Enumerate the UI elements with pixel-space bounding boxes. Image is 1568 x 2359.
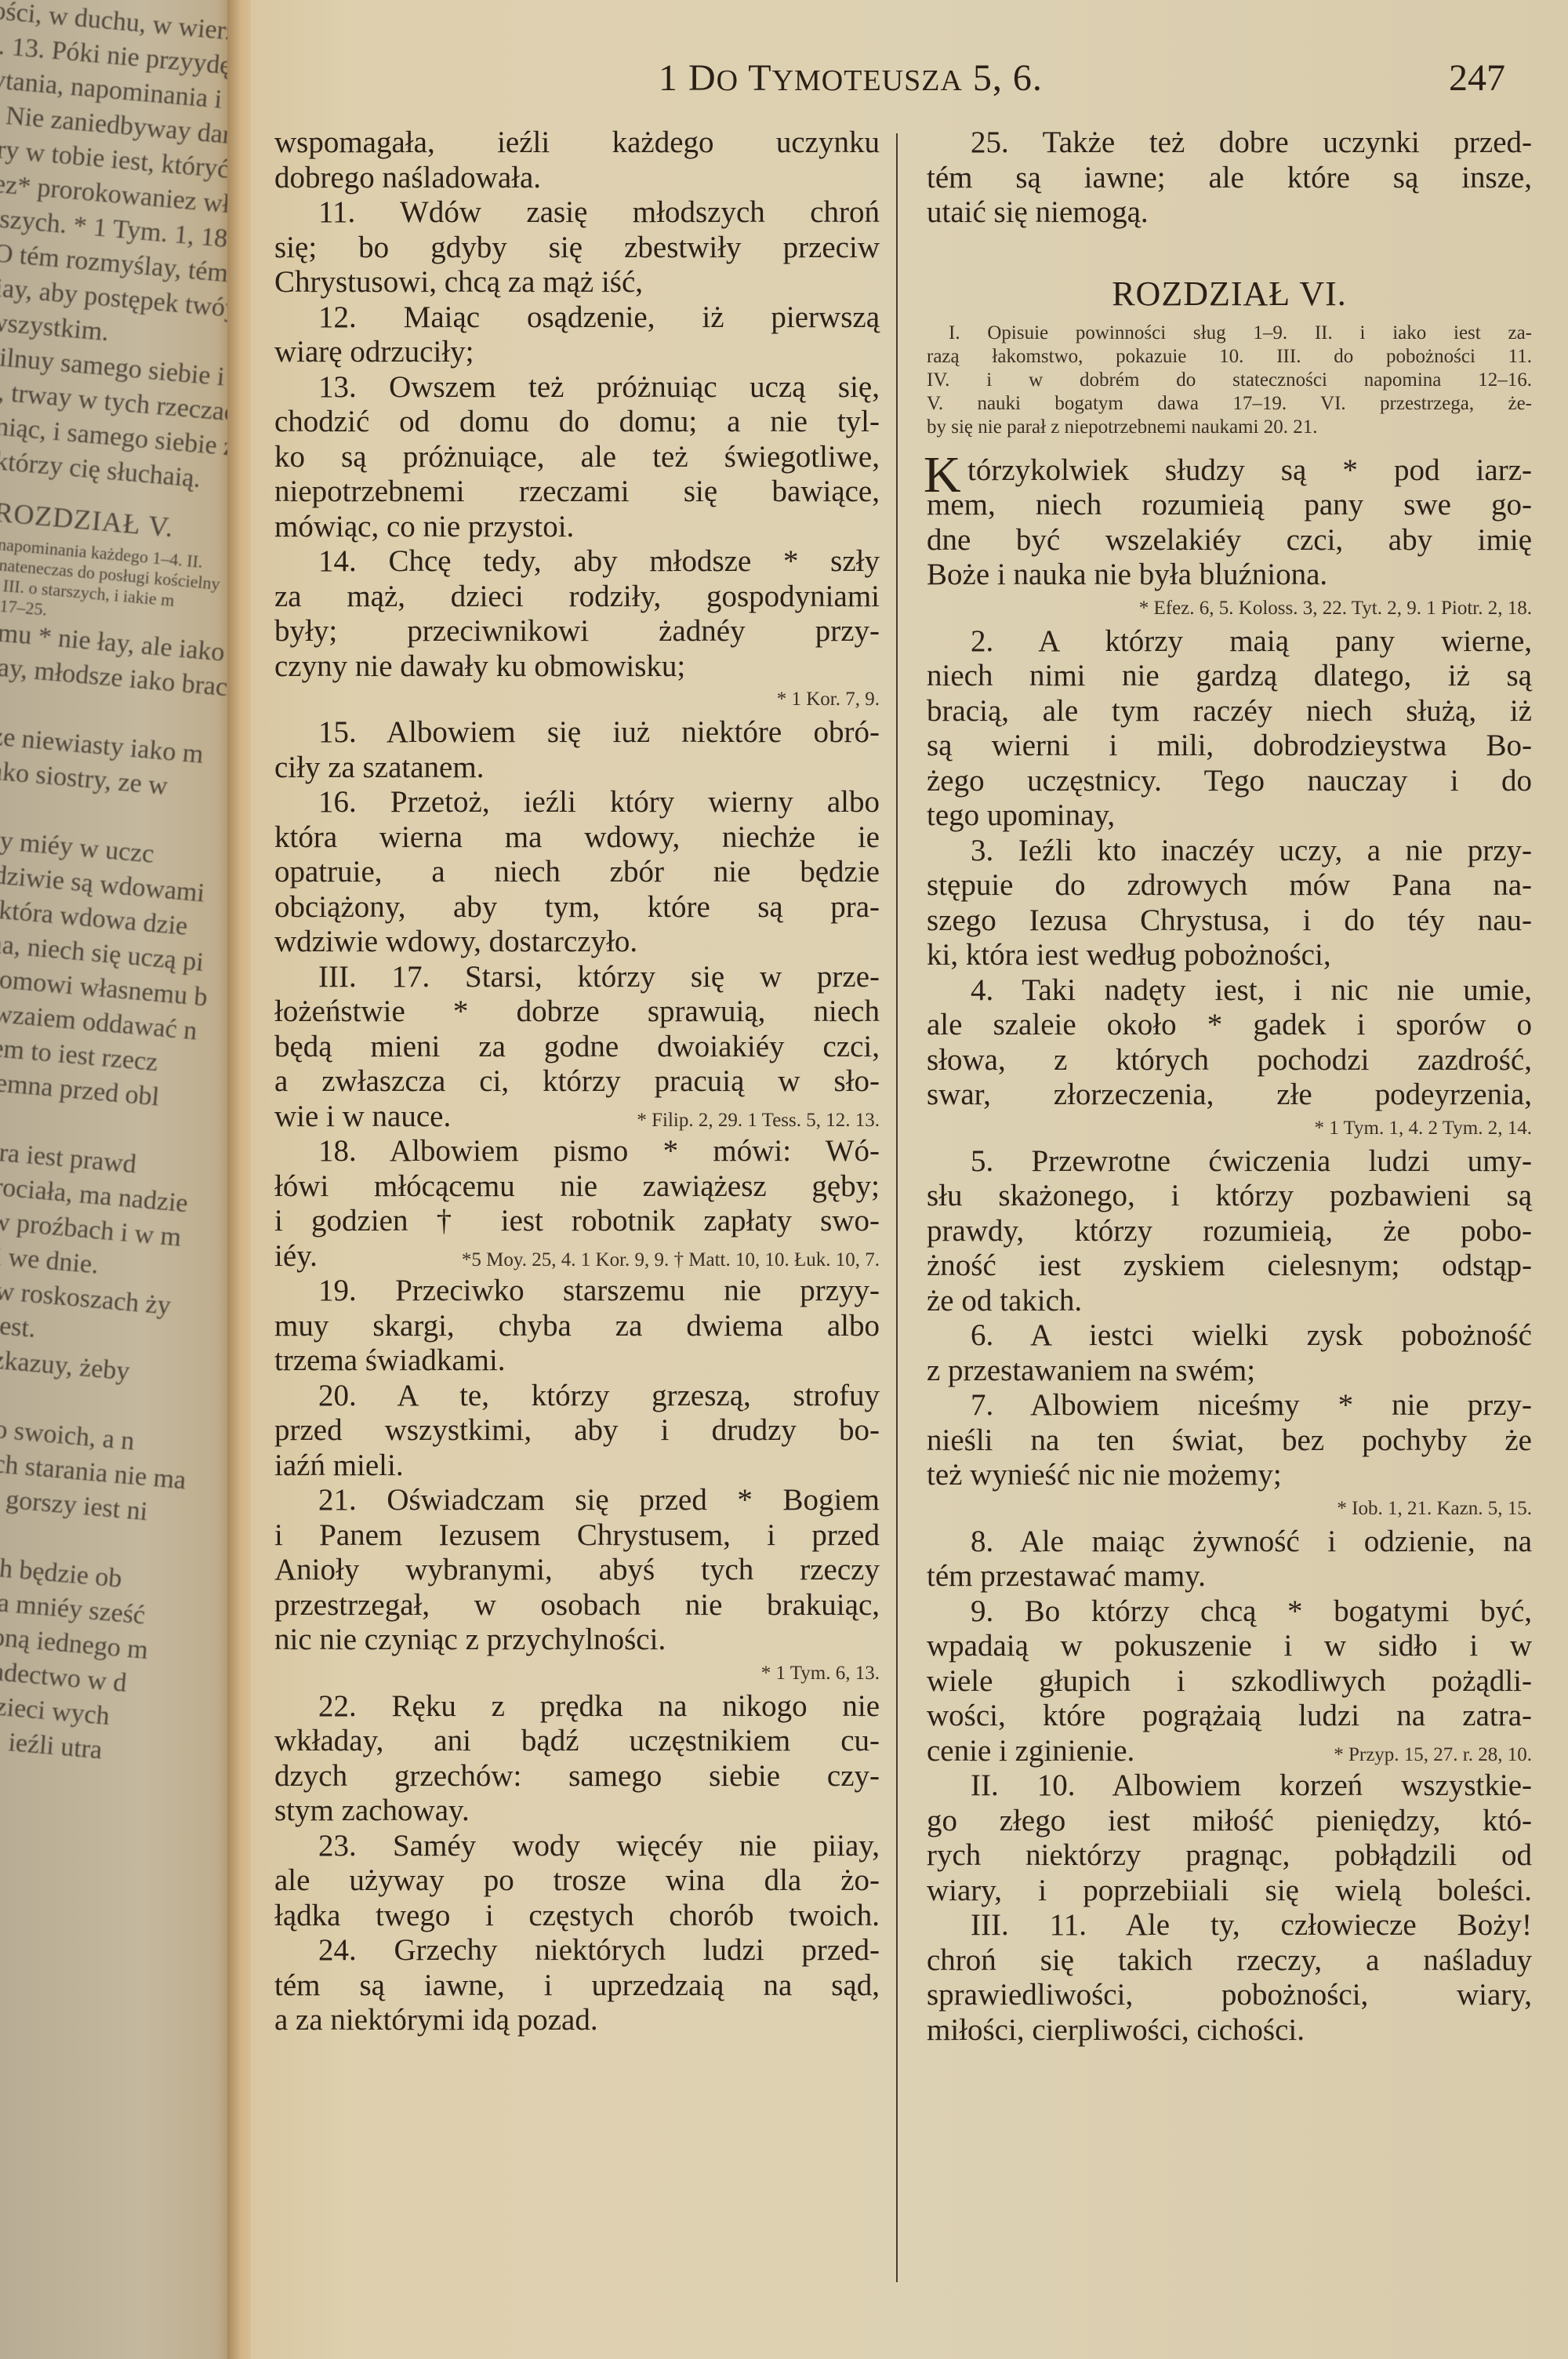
- cross-reference: * 1 Tym. 6, 13.: [274, 1658, 880, 1689]
- text-line: były; przeciwnikowi żadnéy przy-: [274, 614, 880, 649]
- text-line: 21. Oświadczam się przed * Bogiem: [274, 1483, 880, 1518]
- drop-cap: K: [924, 452, 961, 499]
- chapter-title: ROZDZIAŁ VI.: [927, 267, 1532, 322]
- book-page: 1 DO TYMOTEUSZA 5, 6. 247 wspomagała, ie…: [251, 0, 1568, 2359]
- column-divider: [896, 133, 898, 2282]
- text-line: się; bo gdyby się zbestwiły przeciw: [274, 231, 880, 266]
- cross-reference: *5 Moy. 25, 4. 1 Kor. 9, 9. † Matt. 10, …: [462, 1243, 880, 1278]
- text-line: 8. Ale maiąc żywność i odzienie, na: [927, 1525, 1532, 1560]
- text-line: 22. Ręku z prędka na nikogo nie: [274, 1689, 880, 1725]
- cross-reference: * 1 Kor. 7, 9.: [274, 684, 880, 715]
- text-line: Anioły wybranymi, abyś tych rzeczy: [274, 1553, 880, 1588]
- text-line: a za niektórymi idą pozad.: [274, 2003, 880, 2038]
- text-line: swar, złorzeczenia, złe podeyrzenia,: [927, 1078, 1532, 1113]
- text-line: 19. Przeciwko starszemu nie przyy-: [274, 1274, 880, 1309]
- text-line: mówiąc, co nie przystoi.: [274, 510, 880, 545]
- text-line: żego uczęstnicy. Tego nauczay i do: [927, 764, 1532, 799]
- text-line: 18. Albowiem pismo * mówi: Wó-: [274, 1134, 880, 1169]
- text-line: chodzić od domu do domu; a nie tyl-: [274, 405, 880, 440]
- text-line: 4. Taki nadęty iest, i nic nie umie,: [927, 973, 1532, 1009]
- chapter-5-ending: 25. Także też dobre uczynki przed-tém są…: [927, 125, 1532, 231]
- text-line: a zwłaszcza ci, którzy pracuią w sło-: [274, 1064, 880, 1100]
- text-line: szego Iezusa Chrystusa, i do téy nau-: [927, 903, 1532, 939]
- text-line: wiary, i poprzebiiali się wielą boleści.: [927, 1874, 1532, 1909]
- text-line: 11. Wdów zasię młodszych chroń: [274, 195, 880, 231]
- text-line: iaźń mieli.: [274, 1448, 880, 1484]
- text-line: go złego iest miłość pieniędzy, któ-: [927, 1804, 1532, 1839]
- text-line: która wierna ma wdowy, niechże ie: [274, 820, 880, 856]
- text-line: łądka twego i częstych chorób twoich.: [274, 1899, 880, 1934]
- text-line: za mąż, dzieci rodziły, gospodyniami: [274, 580, 880, 615]
- text-line: przed wszystkimi, aby i drudzy bo-: [274, 1413, 880, 1448]
- text-line: 14. Chcę tedy, aby młodsze * szły: [274, 544, 880, 580]
- cross-reference: * Efez. 6, 5. Koloss. 3, 22. Tyt. 2, 9. …: [927, 593, 1532, 624]
- text-line: trzema świadkami.: [274, 1343, 880, 1379]
- text-line: 15. Albowiem się iuż niektóre obró-: [274, 715, 880, 751]
- text-line: i Panem Iezusem Chrystusem, i przed: [274, 1518, 880, 1554]
- right-column: 25. Także też dobre uczynki przed-tém są…: [927, 125, 1532, 2048]
- text-line: 5. Przewrotne ćwiczenia ludzi umy-: [927, 1144, 1532, 1179]
- text-line: 23. Saméy wody więcéy nie piiay,: [274, 1829, 880, 1864]
- page-number: 247: [1449, 56, 1505, 100]
- text-line: ale szaleie około * gadek i sporów o: [927, 1008, 1532, 1043]
- summary-line: V. nauki bogatym dawa 17–19. VI. przestr…: [927, 392, 1532, 416]
- text-line: miłości, cierpliwości, cichości.: [927, 2013, 1532, 2048]
- text-line: tém są iawne, i uprzedzaią na sąd,: [274, 1968, 880, 2004]
- text-line: 13. Owszem też próżnuiąc uczą się,: [274, 370, 880, 405]
- text-line: III. 11. Ale ty, człowiecze Boży!: [927, 1908, 1532, 1943]
- text-line: wości, które pogrążaią ludzi na zatra-: [927, 1699, 1532, 1734]
- text-line: są wierni i mili, dobrodzieystwa Bo-: [927, 729, 1532, 764]
- text-line: Chrystusowi, chcą za mąż iść,: [274, 265, 880, 300]
- text-line: słu skażonego, i którzy pozbawieni są: [927, 1179, 1532, 1214]
- text-line: ko są próżnuiące, ale też świegotliwe,: [274, 440, 880, 475]
- text-line: też wynieść nic nie możemy;: [927, 1458, 1532, 1493]
- text-line: ki, która iest według pobożności,: [927, 938, 1532, 973]
- cross-reference: * Przyp. 15, 27. r. 28, 10.: [1334, 1738, 1532, 1773]
- text-line: niech nimi nie gardzą dlatego, iż są: [927, 659, 1532, 694]
- text-line: iéy.*5 Moy. 25, 4. 1 Kor. 9, 9. † Matt. …: [274, 1239, 880, 1274]
- text-line: 7. Albowiem niceśmy * nie przy-: [927, 1388, 1532, 1423]
- text-line: wiele głupich i szkodliwych pożądli-: [927, 1664, 1532, 1699]
- text-line: łożeństwie * dobrze sprawuią, niech: [274, 994, 880, 1030]
- text-line: 16. Przetoż, ieźli który wierny albo: [274, 785, 880, 820]
- text-line: tém przestawać mamy.: [927, 1559, 1532, 1594]
- text-line: wie i w nauce.* Filip. 2, 29. 1 Tess. 5,…: [274, 1100, 880, 1135]
- chapter-6-body: mem, niech rozumieią pany swe go-dne być…: [927, 488, 1532, 2048]
- text-line: ciły za szatanem.: [274, 751, 880, 786]
- text-line: stym zachoway.: [274, 1794, 880, 1829]
- text-line: utaić się niemogą.: [927, 195, 1532, 231]
- text-line: 6. A iestci wielki zysk pobożność: [927, 1318, 1532, 1354]
- text-line: dobrego naśladowała.: [274, 161, 880, 196]
- text-line: wpadaią w pokuszenie i w sidło i w: [927, 1629, 1532, 1664]
- previous-page-edge: stości, w duchu, w wierze, wIII. 13. Pók…: [0, 0, 235, 2359]
- text-line: słowa, z których pochodzi zazdrość,: [927, 1043, 1532, 1078]
- text-line: nieśli na ten świat, bez pochyby że: [927, 1423, 1532, 1459]
- text-line: 25. Także też dobre uczynki przed-: [927, 125, 1532, 161]
- text-line: muy skargi, chyba za dwiema albo: [274, 1309, 880, 1344]
- text-line: wiarę odrzuciły;: [274, 335, 880, 370]
- text-line: dzych grzechów: samego siebie czy-: [274, 1759, 880, 1794]
- text-line: i godzien † iest robotnik zapłaty swo-: [274, 1204, 880, 1239]
- cross-reference: * 1 Tym. 1, 4. 2 Tym. 2, 14.: [927, 1113, 1532, 1144]
- left-column: wspomagała, ieźli każdego uczynkudobrego…: [274, 125, 880, 2038]
- page-header: 1 DO TYMOTEUSZA 5, 6. 247: [251, 56, 1537, 104]
- text-line: niepotrzebnemi rzeczami się bawiące,: [274, 474, 880, 510]
- text-line: ale używay po trosze wina dla żo-: [274, 1863, 880, 1899]
- text-line: wspomagała, ieźli każdego uczynku: [274, 125, 880, 161]
- text-line: dne być wszelakiéy czci, aby imię: [927, 523, 1532, 558]
- text-line: rych niektórzy pragnąc, pobłądzili od: [927, 1838, 1532, 1874]
- text-line: wkładay, ani bądź uczęstnikiem cu-: [274, 1724, 880, 1759]
- text-line: czyny nie dawały ku obmowisku;: [274, 649, 880, 685]
- text-line: tém są iawne; ale które są insze,: [927, 161, 1532, 196]
- summary-line: by się nie parał z niepotrzebnemi naukam…: [927, 416, 1532, 439]
- text-line: 3. Ieźli kto inaczéy uczy, a nie przy-: [927, 834, 1532, 869]
- summary-line: IV. i w dobrém do stateczności napomina …: [927, 369, 1532, 392]
- chapter-summary: I. Opisuie powinności sług 1–9. II. i ia…: [927, 322, 1532, 439]
- text-line: sprawiedliwości, pobożności, wiary,: [927, 1978, 1532, 2013]
- text-line: cenie i zginienie.* Przyp. 15, 27. r. 28…: [927, 1734, 1532, 1769]
- chapter-opening-line: Którzykolwiek słudzy są * pod iarz-: [927, 453, 1532, 489]
- text-line: 24. Grzechy niektórych ludzi przed-: [274, 1933, 880, 1968]
- text-line: bracią, ale tym raczéy niech służą, iż: [927, 694, 1532, 729]
- text-line: 9. Bo którzy chcą * bogatymi być,: [927, 1594, 1532, 1630]
- cross-reference: * Iob. 1, 21. Kazn. 5, 15.: [927, 1493, 1532, 1525]
- summary-line: razą łakomstwo, pokazuie 10. III. do pob…: [927, 345, 1532, 369]
- text-line: będą mieni za godne dwoiakiéy czci,: [274, 1030, 880, 1065]
- text-line: opatruie, a niech zbór nie będzie: [274, 855, 880, 890]
- text-line: nic nie czyniąc z przychylności.: [274, 1623, 880, 1658]
- text-line: II. 10. Albowiem korzeń wszystkie-: [927, 1768, 1532, 1804]
- text-line: obciążony, aby tym, które są pra-: [274, 890, 880, 925]
- text-line: chroń się takich rzeczy, a naśladuy: [927, 1943, 1532, 1979]
- text-line: 20. A te, którzy grzeszą, strofuy: [274, 1379, 880, 1414]
- summary-line: I. Opisuie powinności sług 1–9. II. i ia…: [927, 322, 1532, 345]
- text-line: prawdy, którzy rozumieią, że pobo-: [927, 1214, 1532, 1249]
- text-line: przestrzegał, w osobach nie brakuiąc,: [274, 1588, 880, 1623]
- text-line: tego upominay,: [927, 798, 1532, 834]
- previous-page-text: stości, w duchu, w wierze, wIII. 13. Pók…: [0, 0, 235, 1767]
- text-line: łówi młócącemu nie zawiążesz gęby;: [274, 1169, 880, 1205]
- text-line: III. 17. Starsi, którzy się w prze-: [274, 960, 880, 995]
- text-line: 12. Maiąc osądzenie, iż pierwszą: [274, 300, 880, 336]
- cross-reference: * Filip. 2, 29. 1 Tess. 5, 12. 13.: [637, 1103, 880, 1139]
- text-line: mem, niech rozumieią pany swe go-: [927, 488, 1532, 523]
- text-line: stępuie do zdrowych mów Pana na-: [927, 868, 1532, 903]
- text-line: że od takich.: [927, 1284, 1532, 1319]
- text-line: Boże i nauka nie była bluźniona.: [927, 558, 1532, 593]
- text-line: 2. A którzy maią pany wierne,: [927, 624, 1532, 660]
- text-line: wdziwie wdowy, dostarczyło.: [274, 925, 880, 960]
- running-title: 1 DO TYMOTEUSZA 5, 6.: [659, 56, 1043, 100]
- text-line: żność iest zyskiem cielesnym; odstąp-: [927, 1249, 1532, 1284]
- text-line: z przestawaniem na swém;: [927, 1354, 1532, 1389]
